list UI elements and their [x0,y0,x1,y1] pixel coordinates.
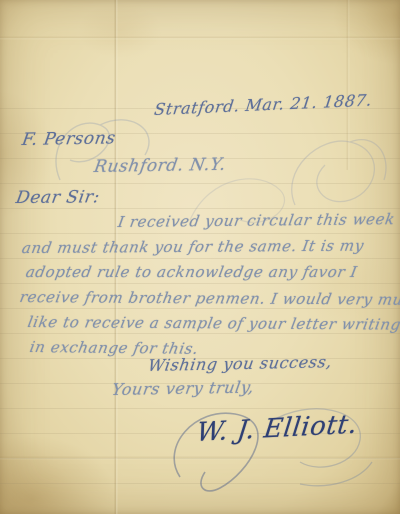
body-line: receive from brother penmen. I would ver… [20,288,400,309]
closing-wish: Wishing you success, [148,352,332,375]
body-line: like to receive a sample of your letter … [28,313,400,334]
body-line-text: receive from brother penmen. I would ver… [18,288,400,309]
recipient-address-text: Rushford. N.Y. [93,155,228,177]
recipient-name-text: F. Persons [21,128,118,150]
body-line: I received your circular this week [118,210,395,231]
body-line: and must thank you for the same. It is m… [22,237,364,257]
fold-crease-vertical [114,0,118,514]
body-line-text: adopted rule to acknowledge any favor I [24,263,358,281]
fold-crease-horizontal [0,456,400,460]
salutation: Dear Sir: [16,187,100,208]
closing-valediction: Yours very truly, [112,378,254,399]
fold-crease-vertical [346,0,350,170]
body-line: adopted rule to acknowledge any favor I [26,263,357,281]
body-line-text: and must thank you for the same. It is m… [21,237,366,257]
body-line-text: like to receive a sample of your letter … [26,313,400,334]
closing-wish-text: Wishing you success, [147,352,334,375]
recipient-name: F. Persons [22,128,116,150]
body-line-text: I received your circular this week [117,210,397,231]
recipient-address: Rushford. N.Y. [94,155,226,177]
salutation-text: Dear Sir: [14,187,101,208]
closing-valediction-text: Yours very truly, [111,377,256,399]
letter-scan: Stratford. Mar. 21. 1887. F. Persons Rus… [0,0,400,514]
fold-crease-horizontal [0,36,400,40]
